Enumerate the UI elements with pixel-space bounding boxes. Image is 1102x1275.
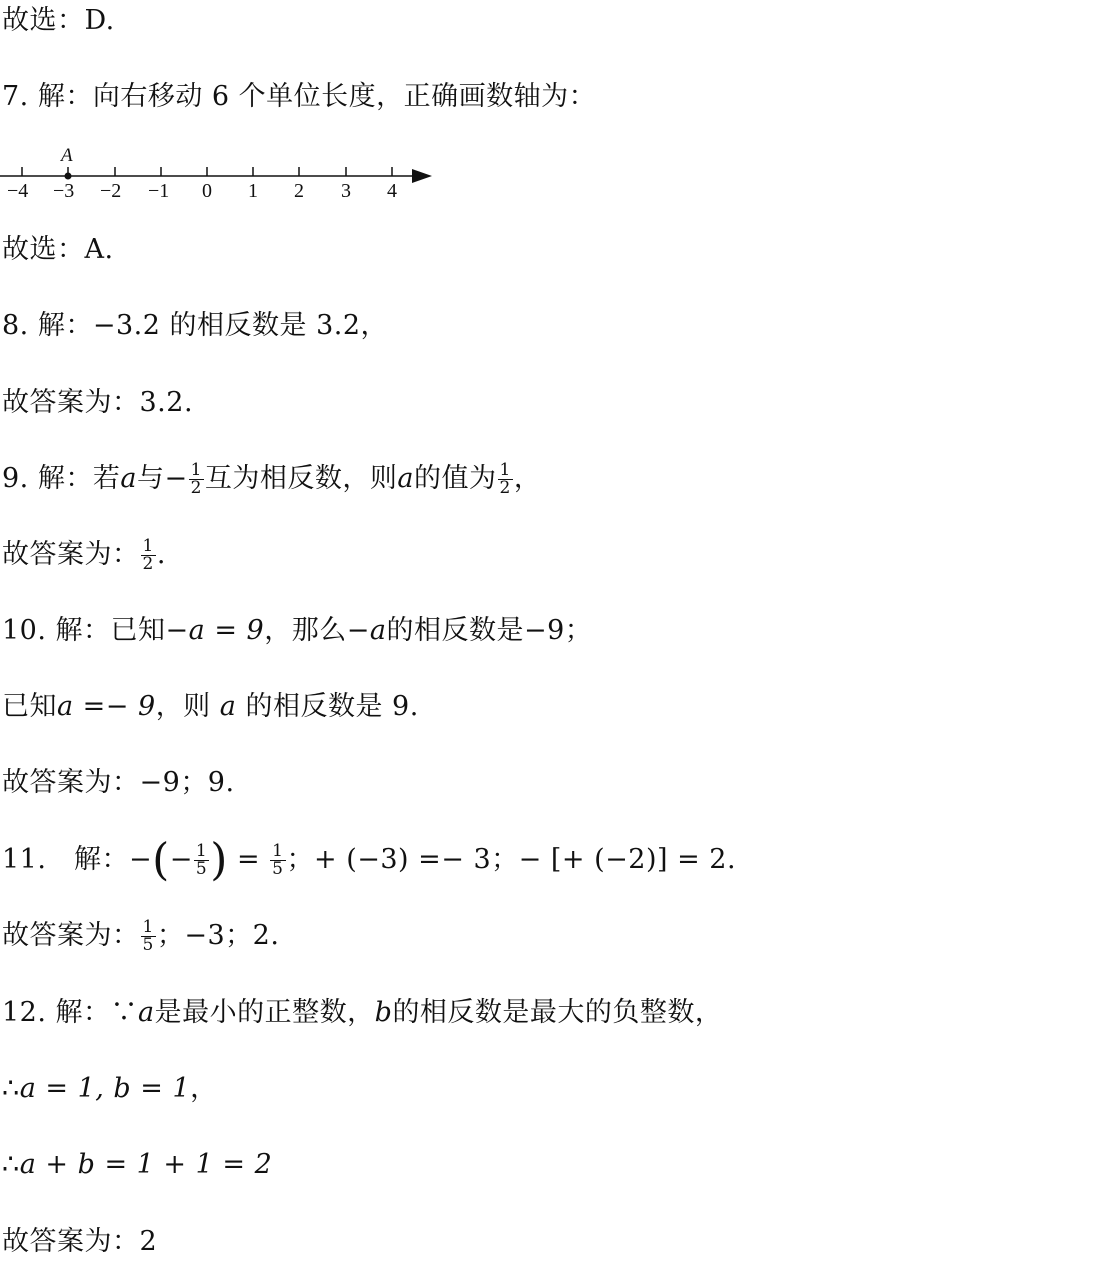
q10-end: ； <box>565 615 593 646</box>
answer-end: ；9. <box>180 767 234 798</box>
var-a: a <box>397 463 414 494</box>
fraction-one-fifth: 15 <box>141 919 156 954</box>
answer-end: . <box>157 539 166 570</box>
q9-solution: 9. 解：若a与−12互为相反数，则a的值为12， <box>2 462 541 497</box>
tick-label: 2 <box>294 180 304 203</box>
fraction-one-fifth: 15 <box>194 843 209 878</box>
q12-solution: 12. 解：∵a是最小的正整数，b的相反数是最大的负整数， <box>2 996 722 1030</box>
q11-part3: − [+ (−2)] = 2 <box>519 844 727 875</box>
number-line: A −4 −3 −2 −1 0 1 2 3 4 <box>0 140 450 210</box>
tick-label: −3 <box>53 180 74 203</box>
q8-value: 3.2 <box>316 310 360 341</box>
minus-sign: − <box>170 844 193 875</box>
answer-prefix: 故答案为： <box>2 387 140 418</box>
q10-second-part: 已知a =− 9，则 a 的相反数是 9. <box>2 690 419 724</box>
answer-prefix: 故答案为： <box>2 539 140 570</box>
answer-value: −9 <box>140 767 181 798</box>
answer-choice-d: 故选：D. <box>2 4 115 38</box>
q12-therefore-1: ∴a = 1, b = 1， <box>2 1072 218 1106</box>
q12-sum-equation: a + b = 1 + 1 = 2 <box>20 1149 273 1180</box>
q11-end: . <box>727 844 736 875</box>
q9-with: 与 <box>137 463 165 494</box>
q12-mid: 是最小的正整数， <box>155 997 375 1028</box>
q12-end: 的相反数是最大的负整数， <box>392 997 722 1028</box>
answer-text: 故选：D. <box>2 5 115 36</box>
q10b-equation: a =− 9 <box>57 691 156 722</box>
denominator: 5 <box>194 861 209 878</box>
q10b-mid: ，则 <box>156 691 220 722</box>
q8-mid: 的相反数是 <box>160 310 316 341</box>
point-a-dot <box>65 173 72 180</box>
q8-math: −3.2 <box>93 310 161 341</box>
var-a: a <box>120 463 137 494</box>
q11-solution: 11. 解：−(−15) = 15；+ (−3) =− 3；− [+ (−2)]… <box>2 843 736 878</box>
answer-value: −3 <box>184 920 225 951</box>
separator: ； <box>491 844 519 875</box>
q10-equation: −a = 9 <box>166 615 265 646</box>
fraction-one-half: 12 <box>189 462 204 497</box>
q8-prefix: 8. 解： <box>2 310 93 341</box>
point-a-label: A <box>61 145 73 167</box>
q8-solution: 8. 解：−3.2 的相反数是 3.2， <box>2 309 388 343</box>
q10-prefix: 10. 解：已知 <box>2 615 166 646</box>
separator: ； <box>157 920 185 951</box>
tick-label: 3 <box>341 180 351 203</box>
answer-text: 故答案为：2 <box>2 1226 157 1257</box>
fraction-one-fifth: 15 <box>270 843 285 878</box>
denominator: 2 <box>189 480 204 497</box>
denominator: 5 <box>270 861 285 878</box>
right-paren: ) <box>210 835 228 886</box>
denominator: 2 <box>141 556 156 573</box>
fraction-one-half: 12 <box>141 538 156 573</box>
denominator: 5 <box>141 937 156 954</box>
q11-prefix: 11. 解： <box>2 844 129 875</box>
equals-sign: = <box>228 844 269 875</box>
tick-label: 0 <box>202 180 212 203</box>
q11-answer: 故答案为：15；−3；2. <box>2 919 279 954</box>
q7-solution: 7. 解：向右移动 6 个单位长度，正确画数轴为： <box>2 80 596 114</box>
tick-label: −4 <box>7 180 28 203</box>
answer-prefix: 故答案为： <box>2 920 140 951</box>
separator: ； <box>287 844 315 875</box>
q9-prefix: 9. 解：若 <box>2 463 120 494</box>
answer-text: 故选：A. <box>2 234 114 265</box>
q8-end: ， <box>361 310 389 341</box>
q12-equation: a = 1, b = 1 <box>20 1073 190 1104</box>
q10-answer: 故答案为：−9；9. <box>2 766 235 800</box>
q11-part2: + (−3) =− 3 <box>314 844 491 875</box>
denominator: 2 <box>498 480 513 497</box>
q9-mid: 互为相反数，则 <box>205 463 398 494</box>
q9-end: ， <box>514 463 542 494</box>
q10-value: −9 <box>524 615 565 646</box>
fraction-one-half: 12 <box>498 462 513 497</box>
q12-end: ， <box>190 1073 218 1104</box>
q12-therefore-2: ∴a + b = 1 + 1 = 2 <box>2 1148 272 1182</box>
answer-end: ；2. <box>225 920 279 951</box>
tick-label: −2 <box>100 180 121 203</box>
therefore-icon: ∴ <box>2 1073 20 1104</box>
var-a: a <box>220 691 237 722</box>
because-icon: ∵ <box>111 997 139 1028</box>
q10b-prefix: 已知 <box>2 691 57 722</box>
q10-neg-a: −a <box>347 615 387 646</box>
answer-choice-a: 故选：A. <box>2 233 114 267</box>
q12-answer: 故答案为：2 <box>2 1225 157 1259</box>
q10-solution: 10. 解：已知−a = 9，那么−a的相反数是−9； <box>2 614 592 648</box>
tick-label: 4 <box>387 180 397 203</box>
answer-prefix: 故答案为： <box>2 767 140 798</box>
therefore-icon: ∴ <box>2 1149 20 1180</box>
q9-mid2: 的值为 <box>414 463 497 494</box>
minus-sign: − <box>129 844 152 875</box>
q10b-end: 的相反数是 9. <box>236 691 418 722</box>
answer-value: 3.2. <box>140 387 194 418</box>
q10-mid: ，那么 <box>264 615 347 646</box>
q8-answer: 故答案为：3.2. <box>2 386 193 420</box>
q12-prefix: 12. 解： <box>2 997 111 1028</box>
q10-mid2: 的相反数是 <box>386 615 524 646</box>
q7-text: 7. 解：向右移动 6 个单位长度，正确画数轴为： <box>2 81 596 112</box>
var-b: b <box>375 997 393 1028</box>
q9-answer: 故答案为：12. <box>2 538 166 573</box>
tick-labels: −4 −3 −2 −1 0 1 2 3 4 <box>0 180 450 204</box>
var-a: a <box>138 997 155 1028</box>
minus-sign: − <box>164 463 187 494</box>
left-paren: ( <box>152 835 170 886</box>
tick-label: −1 <box>148 180 169 203</box>
tick-label: 1 <box>248 180 258 203</box>
